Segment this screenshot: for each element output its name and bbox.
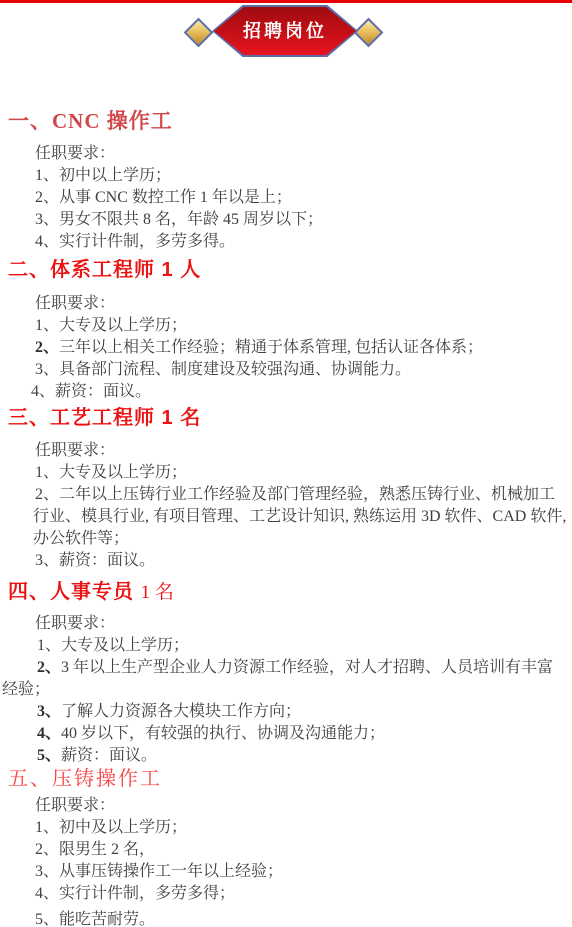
item-text: 薪资：面议。 bbox=[61, 747, 157, 764]
item-text: 了解人力资源各大模块工作方向； bbox=[61, 703, 301, 720]
requirement-item: 1、初中及以上学历； bbox=[0, 817, 572, 839]
banner-hexagon-fill: 招聘岗位 bbox=[214, 7, 356, 55]
section-heading-system-engineer: 二、体系工程师 1 人 bbox=[0, 258, 572, 282]
section-heading-diecast-operator: 五、压铸操作工 bbox=[0, 767, 572, 791]
requirement-item-continuation: 行业、模具行业, 有项目管理、工艺设计知识, 熟练运用 3D 软件、CAD 软件… bbox=[0, 506, 572, 528]
requirement-item: 1、初中以上学历； bbox=[0, 165, 572, 187]
requirement-item: 3、男女不限共 8 名，年龄 45 周岁以下； bbox=[0, 209, 572, 231]
requirement-item: 2、三年以上相关工作经验；精通于体系管理, 包括认证各体系； bbox=[0, 337, 572, 359]
requirement-item: 2、从事 CNC 数控工作 1 年以是上； bbox=[0, 187, 572, 209]
requirement-item: 3、具备部门流程、制度建设及较强沟通、协调能力。 bbox=[0, 359, 572, 381]
requirement-item-continuation: 经验； bbox=[0, 679, 572, 701]
item-number: 3、 bbox=[37, 703, 61, 720]
diamond-icon bbox=[184, 18, 214, 48]
banner: 招聘岗位 bbox=[0, 3, 572, 58]
requirement-item: 1、大专及以上学历； bbox=[0, 635, 572, 657]
section-body: 任职要求： 1、初中及以上学历； 2、限男生 2 名， 3、从事压铸操作工一年以… bbox=[0, 795, 572, 927]
item-text: 3 年以上生产型企业人力资源工作经验，对人才招聘、人员培训有丰富 bbox=[61, 659, 553, 676]
requirements-label: 任职要求： bbox=[0, 613, 572, 635]
requirement-item: 2、二年以上压铸行业工作经验及部门管理经验，熟悉压铸行业、机械加工 bbox=[0, 484, 572, 506]
requirement-item: 3、从事压铸操作工一年以上经验； bbox=[0, 861, 572, 883]
requirement-item: 4、40 岁以下，有较强的执行、协调及沟通能力； bbox=[0, 723, 572, 745]
requirements-label: 任职要求： bbox=[0, 440, 572, 462]
requirement-item: 5、薪资：面议。 bbox=[0, 745, 572, 767]
requirement-item: 3、薪资：面议。 bbox=[0, 550, 572, 572]
section-heading-cnc-operator: 一、CNC 操作工 bbox=[0, 109, 572, 133]
section-heading-process-engineer: 三、工艺工程师 1 名 bbox=[0, 406, 572, 430]
section-body: 任职要求： 1、大专及以上学历； 2、三年以上相关工作经验；精通于体系管理, 包… bbox=[0, 293, 572, 403]
requirement-item-continuation: 办公软件等； bbox=[0, 528, 572, 550]
requirement-item: 4、薪资：面议。 bbox=[0, 381, 572, 403]
item-number: 2、 bbox=[37, 659, 61, 676]
requirement-item: 4、实行计件制，多劳多得； bbox=[0, 883, 572, 905]
diamond-icon bbox=[354, 18, 384, 48]
requirement-item: 5、能吃苦耐劳。 bbox=[0, 909, 572, 927]
item-text: 40 岁以下，有较强的执行、协调及沟通能力； bbox=[61, 725, 385, 742]
requirement-item: 4、实行计件制，多劳多得。 bbox=[0, 231, 572, 253]
section-heading-hr-specialist: 四、人事专员 1 名 bbox=[0, 577, 572, 604]
heading-text: 四、人事专员 bbox=[8, 581, 141, 603]
requirements-label: 任职要求： bbox=[0, 143, 572, 165]
section-body: 任职要求： 1、大专及以上学历； 2、二年以上压铸行业工作经验及部门管理经验，熟… bbox=[0, 440, 572, 572]
banner-title: 招聘岗位 bbox=[243, 22, 327, 40]
item-text: 三年以上相关工作经验；精通于体系管理, 包括认证各体系； bbox=[59, 339, 483, 356]
requirements-label: 任职要求： bbox=[0, 293, 572, 315]
requirement-item: 1、大专及以上学历； bbox=[0, 315, 572, 337]
banner-hexagon: 招聘岗位 bbox=[212, 5, 358, 57]
recruitment-notice-page: { "banner": { "title": "招聘岗位" }, "colors… bbox=[0, 0, 572, 927]
requirements-label: 任职要求： bbox=[0, 795, 572, 817]
section-body: 任职要求： 1、大专及以上学历； 2、3 年以上生产型企业人力资源工作经验，对人… bbox=[0, 613, 572, 767]
item-number: 2、 bbox=[35, 339, 59, 356]
requirement-item: 2、限男生 2 名， bbox=[0, 839, 572, 861]
requirement-item: 2、3 年以上生产型企业人力资源工作经验，对人才招聘、人员培训有丰富 bbox=[0, 657, 572, 679]
requirement-item: 3、了解人力资源各大模块工作方向； bbox=[0, 701, 572, 723]
heading-count: 1 名 bbox=[141, 582, 174, 603]
section-body: 任职要求： 1、初中以上学历； 2、从事 CNC 数控工作 1 年以是上； 3、… bbox=[0, 143, 572, 253]
requirement-item: 1、大专及以上学历； bbox=[0, 462, 572, 484]
item-number: 4、 bbox=[37, 725, 61, 742]
item-number: 5、 bbox=[37, 747, 61, 764]
